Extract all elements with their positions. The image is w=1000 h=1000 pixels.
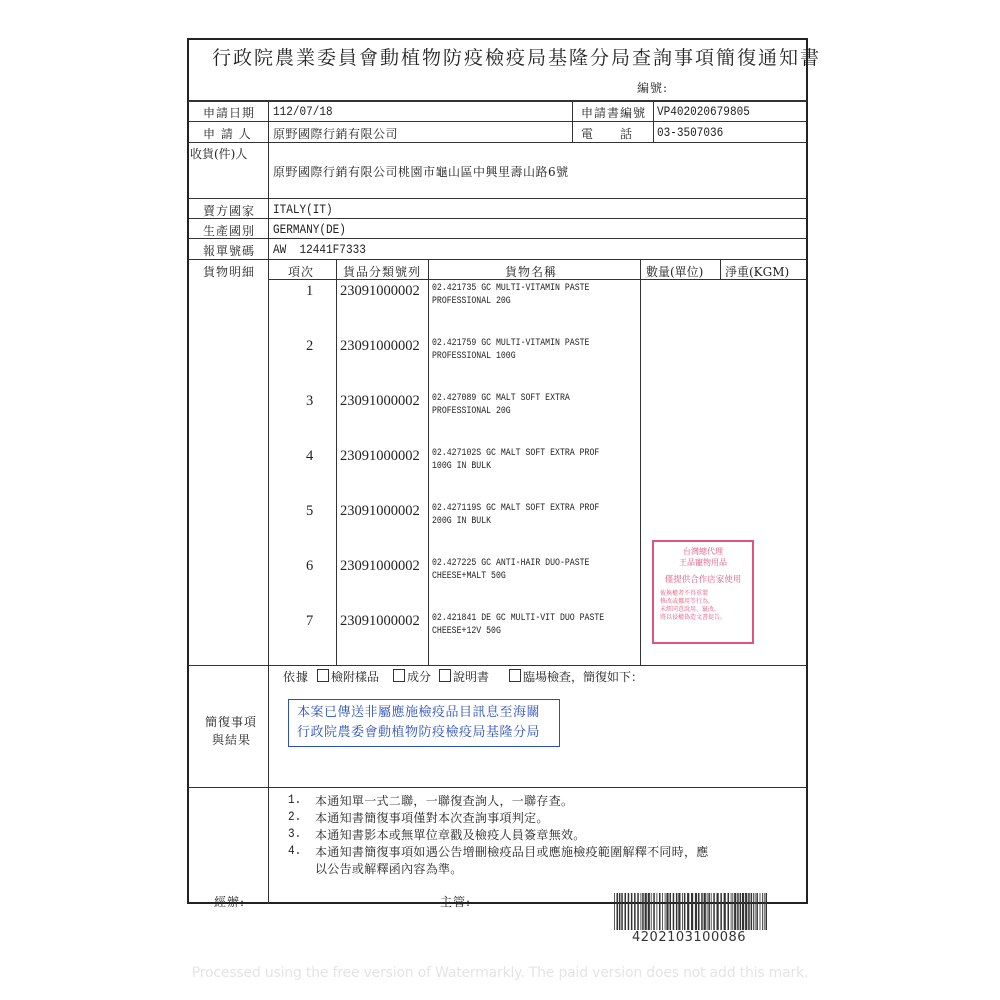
hs-code: 23091000002 bbox=[340, 503, 420, 520]
basis-option-label: 臨場檢查，簡復如下： bbox=[523, 670, 643, 684]
stamp-line: 王品寵物用品 bbox=[654, 557, 752, 568]
consignee-value: 原野國際行銷有限公司桃園市龜山區中興里壽山路6號 bbox=[273, 163, 569, 180]
goods-name-line2: PROFESSIONAL 20G bbox=[432, 405, 511, 418]
customs-notice-stamp: 本案已傳送非屬應施檢疫品目訊息至海關 行政院農委會動植物防疫檢疫局基隆分局 bbox=[288, 699, 560, 747]
seller-country-value: ITALY(IT) bbox=[273, 202, 333, 217]
item-no: 2 bbox=[306, 338, 313, 355]
stamp-line1: 本案已傳送非屬應施檢疫品目訊息至海關 bbox=[297, 703, 551, 723]
header-item-no: 項次 bbox=[288, 263, 314, 280]
note-text: 本通知書影本或無單位章戳及檢疫人員簽章無效。 bbox=[315, 826, 586, 843]
item-no: 4 bbox=[306, 448, 313, 465]
goods-name-line2: 200G IN BULK bbox=[432, 515, 491, 528]
basis-options: 檢附樣品成分說明書臨場檢查，簡復如下： bbox=[317, 668, 643, 685]
header-quantity: 數量(單位) bbox=[646, 263, 703, 280]
phone-value: 03-3507036 bbox=[657, 125, 723, 140]
goods-name-line2: 100G IN BULK bbox=[432, 460, 491, 473]
note-text: 本通知書簡復事項如遇公告增刪檢疫品目或應施檢疫範圍解釋不同時，應 bbox=[315, 843, 709, 860]
goods-name-line1: 02.427102S GC MALT SOFT EXTRA PROF bbox=[432, 447, 599, 460]
checkbox[interactable] bbox=[393, 669, 405, 682]
checkbox[interactable] bbox=[317, 669, 329, 682]
hs-code: 23091000002 bbox=[340, 338, 420, 355]
basis-option[interactable]: 臨場檢查，簡復如下： bbox=[509, 670, 643, 684]
origin-value: GERMANY(DE) bbox=[273, 222, 346, 237]
goods-name-line2: PROFESSIONAL 20G bbox=[432, 295, 511, 308]
basis-option[interactable]: 成分 bbox=[393, 670, 431, 684]
note-number: 2. bbox=[288, 809, 301, 824]
seller-country-label: 賣方國家 bbox=[203, 202, 255, 219]
barcode bbox=[612, 893, 770, 930]
declaration-label: 報單號碼 bbox=[203, 242, 255, 259]
form-no-value: VP402020679805 bbox=[657, 104, 750, 119]
stamp-line: 修改或挪用等行為， bbox=[660, 598, 752, 606]
goods-name-line1: 02.421841 DE GC MULTI-VIT DUO PASTE bbox=[432, 612, 604, 625]
form-no-label: 申請書編號 bbox=[581, 104, 646, 121]
origin-label: 生產國別 bbox=[203, 222, 255, 239]
apply-date-label: 申請日期 bbox=[203, 104, 255, 121]
applicant-label: 申 請 人 bbox=[203, 125, 252, 142]
goods-name-line2: CHEESE+12V 50G bbox=[432, 625, 501, 638]
goods-name-line1: 02.427119S GC MALT SOFT EXTRA PROF bbox=[432, 502, 599, 515]
goods-name-line1: 02.421735 GC MULTI-VITAMIN PASTE bbox=[432, 282, 589, 295]
note-number: 3. bbox=[288, 826, 301, 841]
item-no: 5 bbox=[306, 503, 313, 520]
note-number: 4. bbox=[288, 843, 301, 858]
phone-label: 電 話 bbox=[581, 125, 633, 142]
stamp-line2: 行政院農委會動植物防疫檢疫局基隆分局 bbox=[297, 723, 551, 743]
document-title: 行政院農業委員會動植物防疫檢疫局基隆分局查詢事項簡復通知書 bbox=[212, 43, 821, 70]
basis-option-label: 說明書 bbox=[453, 670, 489, 684]
supervisor-label: 主管: bbox=[440, 893, 471, 910]
consignee-label: 收貨(件)人 bbox=[190, 145, 247, 162]
applicant-value: 原野國際行銷有限公司 bbox=[273, 125, 398, 142]
barcode-number: 4202103100086 bbox=[632, 930, 746, 945]
basis-option-label: 成分 bbox=[407, 670, 431, 684]
serial-label: 編號: bbox=[637, 79, 668, 96]
goods-name-line2: CHEESE+MALT 50G bbox=[432, 570, 506, 583]
hs-code: 23091000002 bbox=[340, 448, 420, 465]
distributor-stamp: 台灣總代理 王品寵物用品 僅提供合作店家使用 彼換權者不得重製 修改或挪用等行為… bbox=[652, 540, 754, 644]
note-text: 本通知單一式二聯，一聯復查詢人，一聯存查。 bbox=[315, 792, 573, 809]
goods-name-line1: 02.421759 GC MULTI-VITAMIN PASTE bbox=[432, 337, 589, 350]
item-no: 1 bbox=[306, 283, 313, 300]
hs-code: 23091000002 bbox=[340, 558, 420, 575]
checkbox[interactable] bbox=[439, 669, 451, 682]
note-text: 本通知書簡復事項僅對本次查詢事項判定。 bbox=[315, 809, 549, 826]
handler-label: 經辦: bbox=[214, 893, 245, 910]
stamp-line: 台灣總代理 bbox=[654, 546, 752, 557]
goods-section-label: 貨物明細 bbox=[203, 263, 255, 280]
note-text: 以公告或解釋函內容為準。 bbox=[315, 860, 463, 877]
stamp-line: 僅提供合作店家使用 bbox=[654, 573, 752, 585]
hs-code: 23091000002 bbox=[340, 613, 420, 630]
header-net-weight: 淨重(KGM) bbox=[725, 263, 789, 280]
apply-date-value: 112/07/18 bbox=[273, 104, 333, 119]
stamp-line: 將以侵權偽造文書提告。 bbox=[660, 614, 752, 622]
basis-option-label: 檢附樣品 bbox=[331, 670, 379, 684]
header-hs-code: 貨品分類號列 bbox=[343, 263, 421, 280]
result-label-line2: 與結果 bbox=[212, 731, 251, 748]
header-goods-name: 貨物名稱 bbox=[505, 263, 557, 280]
note-number: 1. bbox=[288, 792, 301, 807]
goods-name-line2: PROFESSIONAL 100G bbox=[432, 350, 516, 363]
declaration-value: AW 12441F7333 bbox=[273, 242, 366, 257]
checkbox[interactable] bbox=[509, 669, 521, 682]
item-no: 6 bbox=[306, 558, 313, 575]
item-no: 3 bbox=[306, 393, 313, 410]
result-label-line1: 簡復事項 bbox=[205, 713, 257, 730]
basis-option[interactable]: 檢附樣品 bbox=[317, 670, 379, 684]
stamp-line: 彼換權者不得重製 bbox=[660, 590, 752, 598]
basis-option[interactable]: 說明書 bbox=[439, 670, 489, 684]
goods-name-line1: 02.427089 GC MALT SOFT EXTRA bbox=[432, 392, 570, 405]
goods-name-line1: 02.427225 GC ANTI-HAIR DUO-PASTE bbox=[432, 557, 589, 570]
hs-code: 23091000002 bbox=[340, 283, 420, 300]
hs-code: 23091000002 bbox=[340, 393, 420, 410]
watermark: Processed using the free version of Wate… bbox=[0, 965, 1000, 981]
item-no: 7 bbox=[306, 613, 313, 630]
basis-label: 依據 bbox=[283, 668, 309, 685]
stamp-line: 未經同意說用、竄改， bbox=[660, 606, 752, 614]
